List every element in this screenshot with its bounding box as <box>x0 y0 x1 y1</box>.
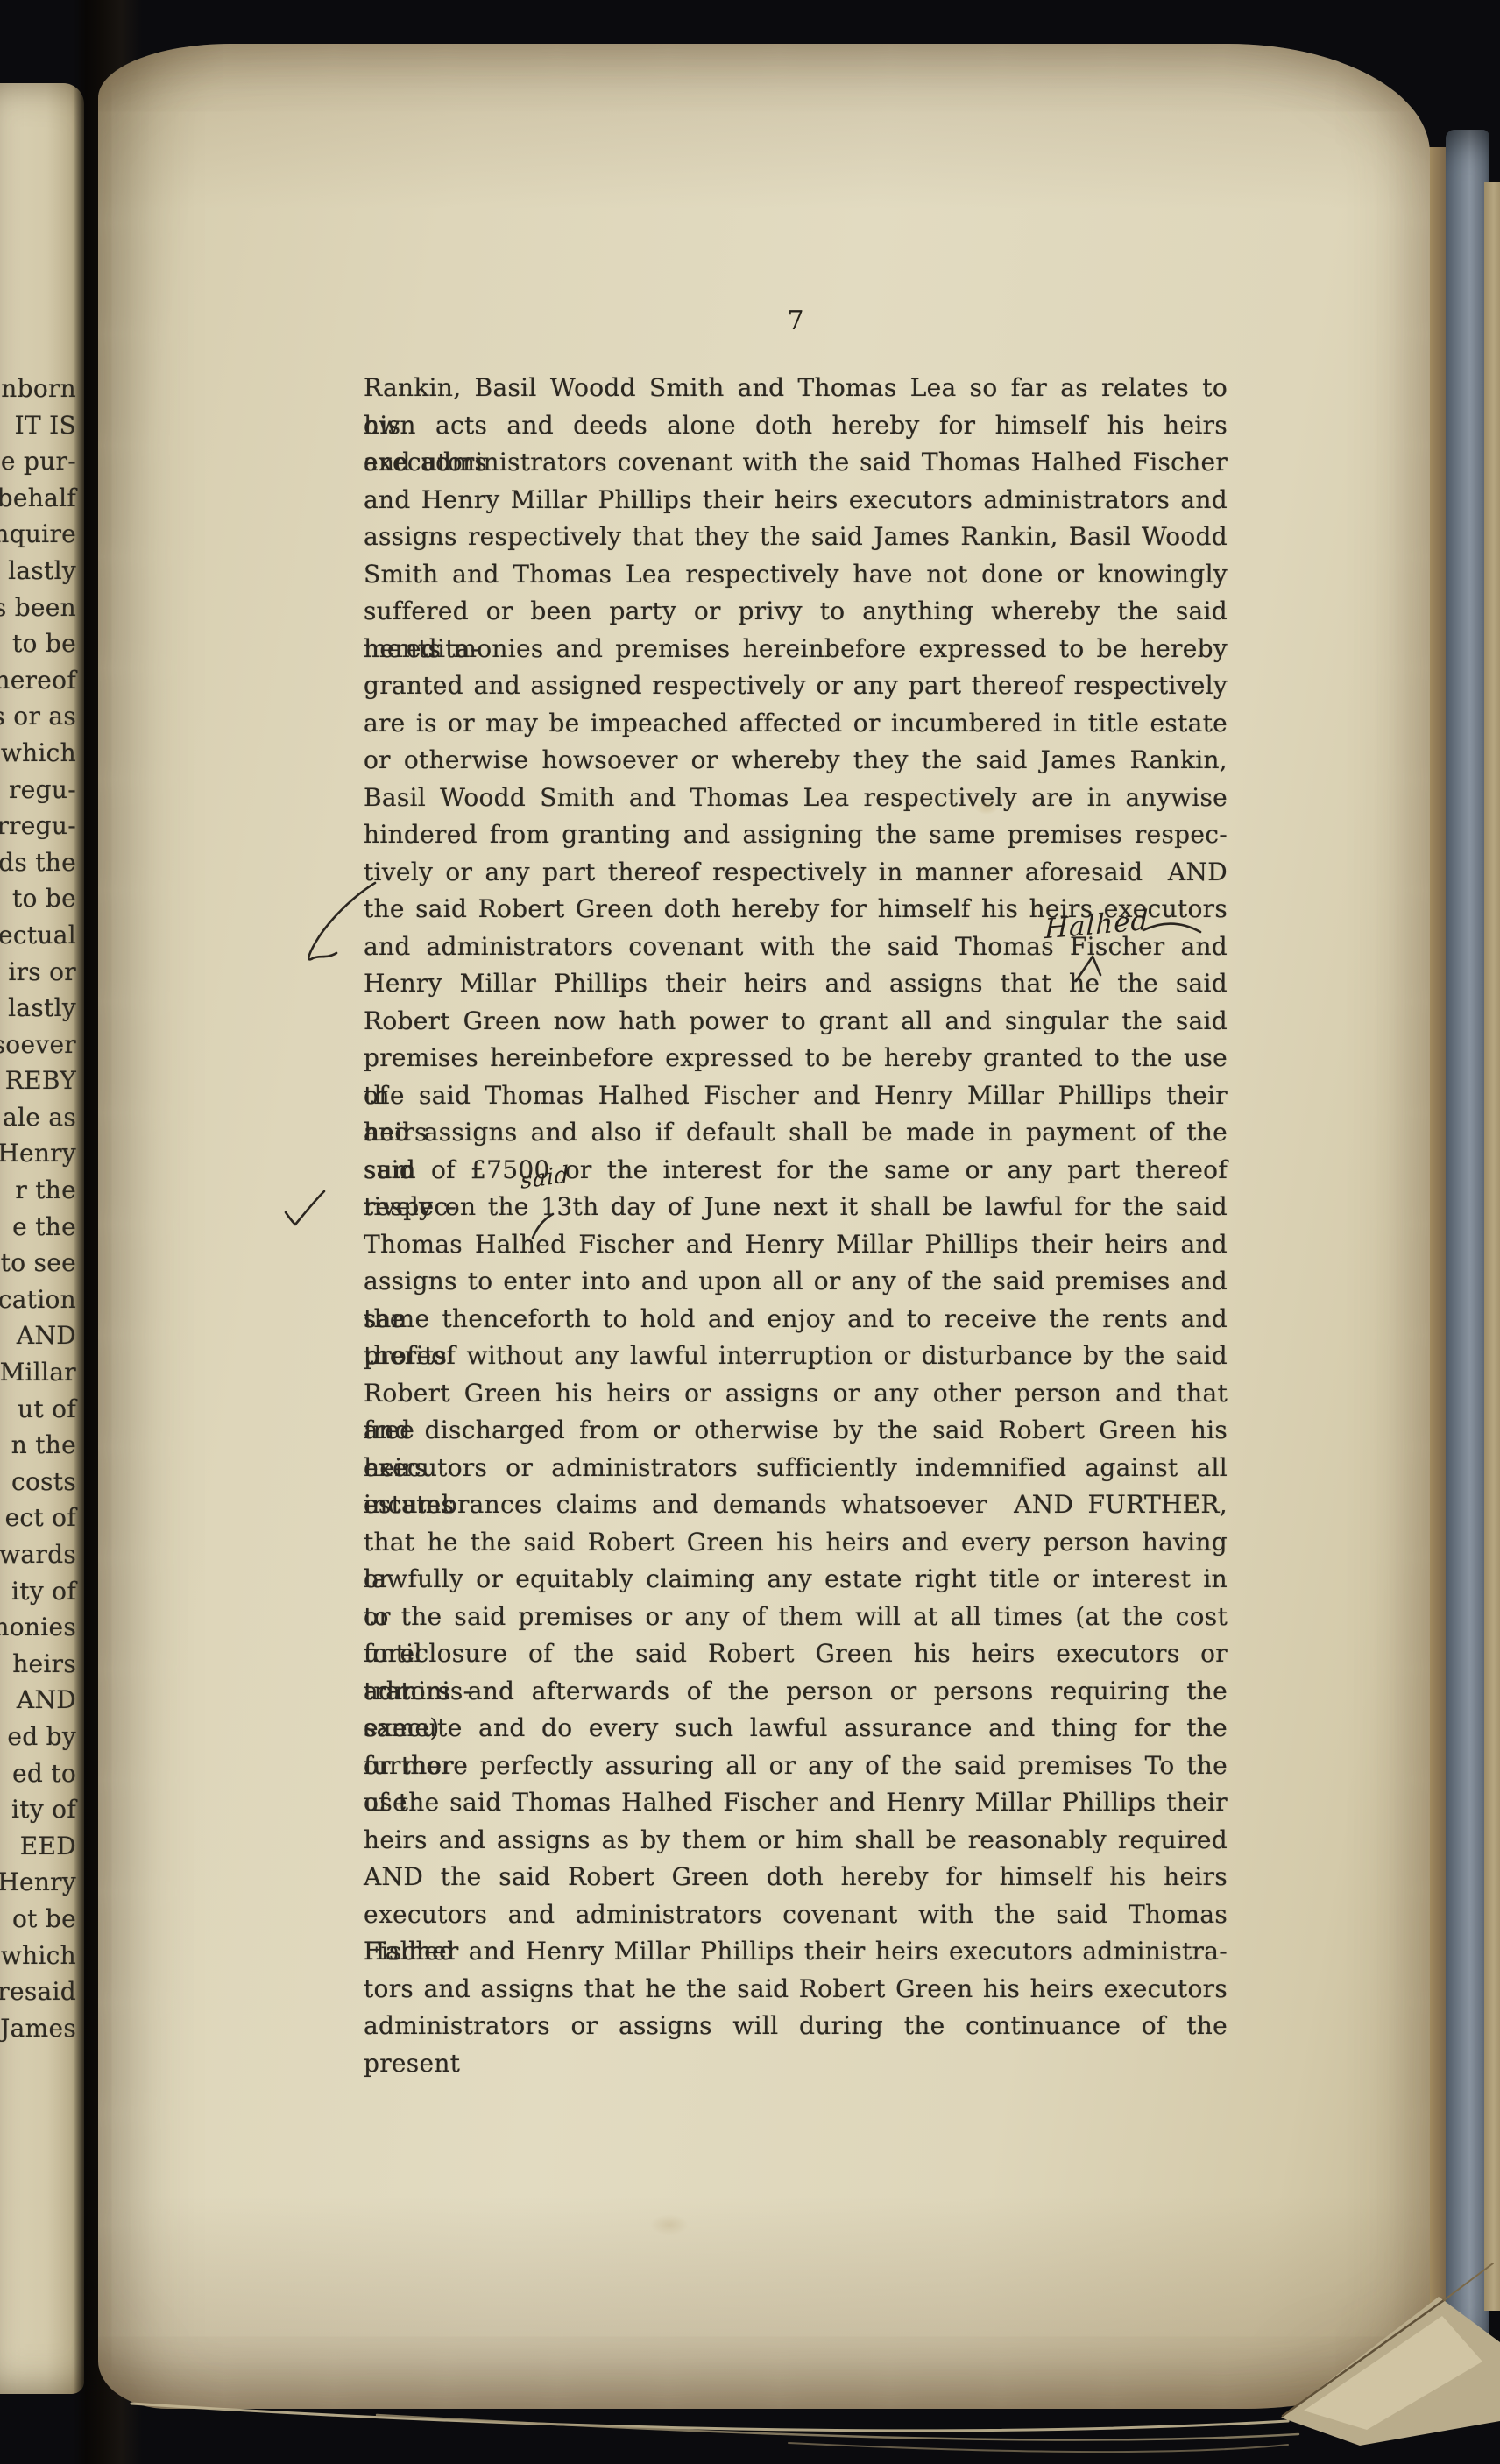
facing-page-text-fragment: ed by <box>0 1719 76 1755</box>
facing-page-text-column: nbornIT ISe pur-behalfnquirelastlys been… <box>0 371 76 2046</box>
text-line: Basil Woodd Smith and Thomas Lea respect… <box>364 780 1228 817</box>
text-line: are is or may be impeached affected or i… <box>364 705 1228 743</box>
facing-page-text-fragment: lastly <box>0 990 76 1027</box>
facing-page-text-fragment: ect of <box>0 1500 76 1536</box>
text-line: Robert Green now hath power to grant all… <box>364 1003 1228 1041</box>
text-line: heirs and assigns as by them or him shal… <box>364 1822 1228 1860</box>
facing-page-text-fragment: ed to <box>0 1755 76 1792</box>
text-line: tors and assigns that he the said Robert… <box>364 1971 1228 2009</box>
facing-page-text-fragment: Millar <box>0 1354 76 1391</box>
facing-page-text-fragment: Henry <box>0 1135 76 1172</box>
facing-page-text-fragment: resaid <box>0 1973 76 2010</box>
text-line: and Henry Millar Phillips their heirs ex… <box>364 482 1228 519</box>
text-line: executors and administrators covenant wi… <box>364 1896 1228 1934</box>
facing-page-text-fragment: which <box>0 1938 76 1974</box>
page-edge-line <box>377 2415 1298 2439</box>
text-line: tively on the 13th day of June next it s… <box>364 1189 1228 1226</box>
text-line: assigns respectively that they the said … <box>364 519 1228 556</box>
facing-page-text-fragment: n the <box>0 1427 76 1464</box>
text-line: foreclosure of the said Robert Green his… <box>364 1635 1228 1673</box>
text-line: Smith and Thomas Lea respectively have n… <box>364 556 1228 594</box>
text-line: granted and assigned respectively or any… <box>364 667 1228 705</box>
facing-page-text-fragment: s been <box>0 590 76 626</box>
text-line: incumbrances claims and demands whatsoev… <box>364 1486 1228 1524</box>
text-line: or otherwise howsoever or whereby they t… <box>364 742 1228 780</box>
text-line: same thenceforth to hold and enjoy and t… <box>364 1301 1228 1338</box>
text-line: Henry Millar Phillips their heirs and as… <box>364 965 1228 1003</box>
facing-page-text-fragment: AND <box>0 1682 76 1719</box>
text-line: the said Thomas Halhed Fischer and Henry… <box>364 1077 1228 1115</box>
facing-page-edge: nbornIT ISe pur-behalfnquirelastlys been… <box>0 83 84 2394</box>
facing-page-text-fragment: s or as <box>0 698 76 735</box>
facing-page-text-fragment: Henry <box>0 1864 76 1901</box>
facing-page-text-fragment: AND <box>0 1317 76 1354</box>
facing-page-text-fragment: wards <box>0 1536 76 1573</box>
facing-page-text-fragment: ale as <box>0 1099 76 1136</box>
text-line: ments monies and premises hereinbefore e… <box>364 631 1228 668</box>
book-scan: nbornIT ISe pur-behalfnquirelastlys been… <box>0 0 1500 2464</box>
text-line: AND the said Robert Green doth hereby fo… <box>364 1859 1228 1896</box>
book-page: 7 Rankin, Basil Woodd Smith and Thomas L… <box>98 44 1430 2409</box>
text-line: Rankin, Basil Woodd Smith and Thomas Lea… <box>364 370 1228 407</box>
text-line: own acts and deeds alone doth hereby for… <box>364 407 1228 445</box>
facing-page-text-fragment: ectual <box>0 917 76 954</box>
facing-page-text-fragment: which <box>0 735 76 772</box>
text-line: and discharged from or otherwise by the … <box>364 1412 1228 1450</box>
text-line: sum of £7500 or the interest for the sam… <box>364 1152 1228 1190</box>
text-line: tively or any part thereof respectively … <box>364 854 1228 892</box>
text-line: suffered or been party or privy to anyth… <box>364 593 1228 631</box>
page-number: 7 <box>364 303 1228 340</box>
deed-text-block: Rankin, Basil Woodd Smith and Thomas Lea… <box>364 370 1228 2045</box>
facing-page-text-fragment: r the <box>0 1172 76 1209</box>
facing-page-text-fragment: ot be <box>0 1901 76 1938</box>
facing-page-text-fragment: e the <box>0 1209 76 1246</box>
paper-stain <box>650 2214 689 2235</box>
facing-page-text-fragment: hereof <box>0 662 76 699</box>
facing-page-text-fragment: nquire <box>0 516 76 553</box>
facing-page-text-fragment: ut of <box>0 1391 76 1428</box>
text-line: hindered from granting and assigning the… <box>364 816 1228 854</box>
text-line: and administrators covenant with the sai… <box>364 444 1228 482</box>
facing-page-text-fragment: to be <box>0 625 76 662</box>
text-line: premises hereinbefore expressed to be he… <box>364 1040 1228 1077</box>
text-line: trators and afterwards of the person or … <box>364 1673 1228 1711</box>
text-line: Robert Green his heirs or assigns or any… <box>364 1375 1228 1413</box>
facing-page-text-fragment: cation <box>0 1281 76 1318</box>
text-line: Fischer and Henry Millar Phillips their … <box>364 1933 1228 1971</box>
facing-page-text-fragment: e pur- <box>0 443 76 480</box>
facing-page-text-fragment: soever <box>0 1027 76 1063</box>
facing-page-text-fragment: irs or <box>0 954 76 991</box>
text-line: to the said premises or any of them will… <box>364 1599 1228 1636</box>
facing-page-text-fragment: costs <box>0 1464 76 1500</box>
facing-page-text-fragment: rregu- <box>0 808 76 844</box>
text-line: lawfully or equitably claiming any estat… <box>364 1561 1228 1599</box>
text-line: that he the said Robert Green his heirs … <box>364 1524 1228 1562</box>
facing-page-text-fragment: heirs <box>0 1646 76 1683</box>
facing-page-text-fragment: nborn <box>0 371 76 407</box>
text-line: or more perfectly assuring all or any of… <box>364 1747 1228 1785</box>
facing-page-text-fragment: nonies <box>0 1609 76 1646</box>
text-line: of the said Thomas Halhed Fischer and He… <box>364 1784 1228 1822</box>
facing-page-text-fragment: regu- <box>0 772 76 808</box>
facing-page-text-fragment: REBY <box>0 1063 76 1099</box>
text-line: Thomas Halhed Fischer and Henry Millar P… <box>364 1226 1228 1264</box>
text-line: and assigns and also if default shall be… <box>364 1114 1228 1152</box>
facing-page-text-fragment: James <box>0 2010 76 2047</box>
facing-page-text-fragment: to be <box>0 880 76 917</box>
facing-page-text-fragment: EED <box>0 1828 76 1865</box>
facing-page-text-fragment: lastly <box>0 553 76 590</box>
facing-page-text-fragment: IT IS <box>0 407 76 444</box>
text-line: execute and do every such lawful assuran… <box>364 1710 1228 1747</box>
page-edge-line <box>789 2443 1288 2452</box>
facing-page-text-fragment: behalf <box>0 480 76 517</box>
text-line: thereof without any lawful interruption … <box>364 1338 1228 1375</box>
facing-page-text-fragment: ds the <box>0 844 76 881</box>
text-line: assigns to enter into and upon all or an… <box>364 1263 1228 1301</box>
text-line: executors or administrators sufficiently… <box>364 1450 1228 1487</box>
fore-edge-tan-strip <box>1484 182 1500 2311</box>
facing-page-text-fragment: ity of <box>0 1791 76 1828</box>
text-line: administrators or assigns will during th… <box>364 2008 1228 2045</box>
binding-cloth-strip <box>1446 130 1489 2376</box>
facing-page-text-fragment: to see <box>0 1245 76 1281</box>
facing-page-text-fragment: ity of <box>0 1573 76 1610</box>
